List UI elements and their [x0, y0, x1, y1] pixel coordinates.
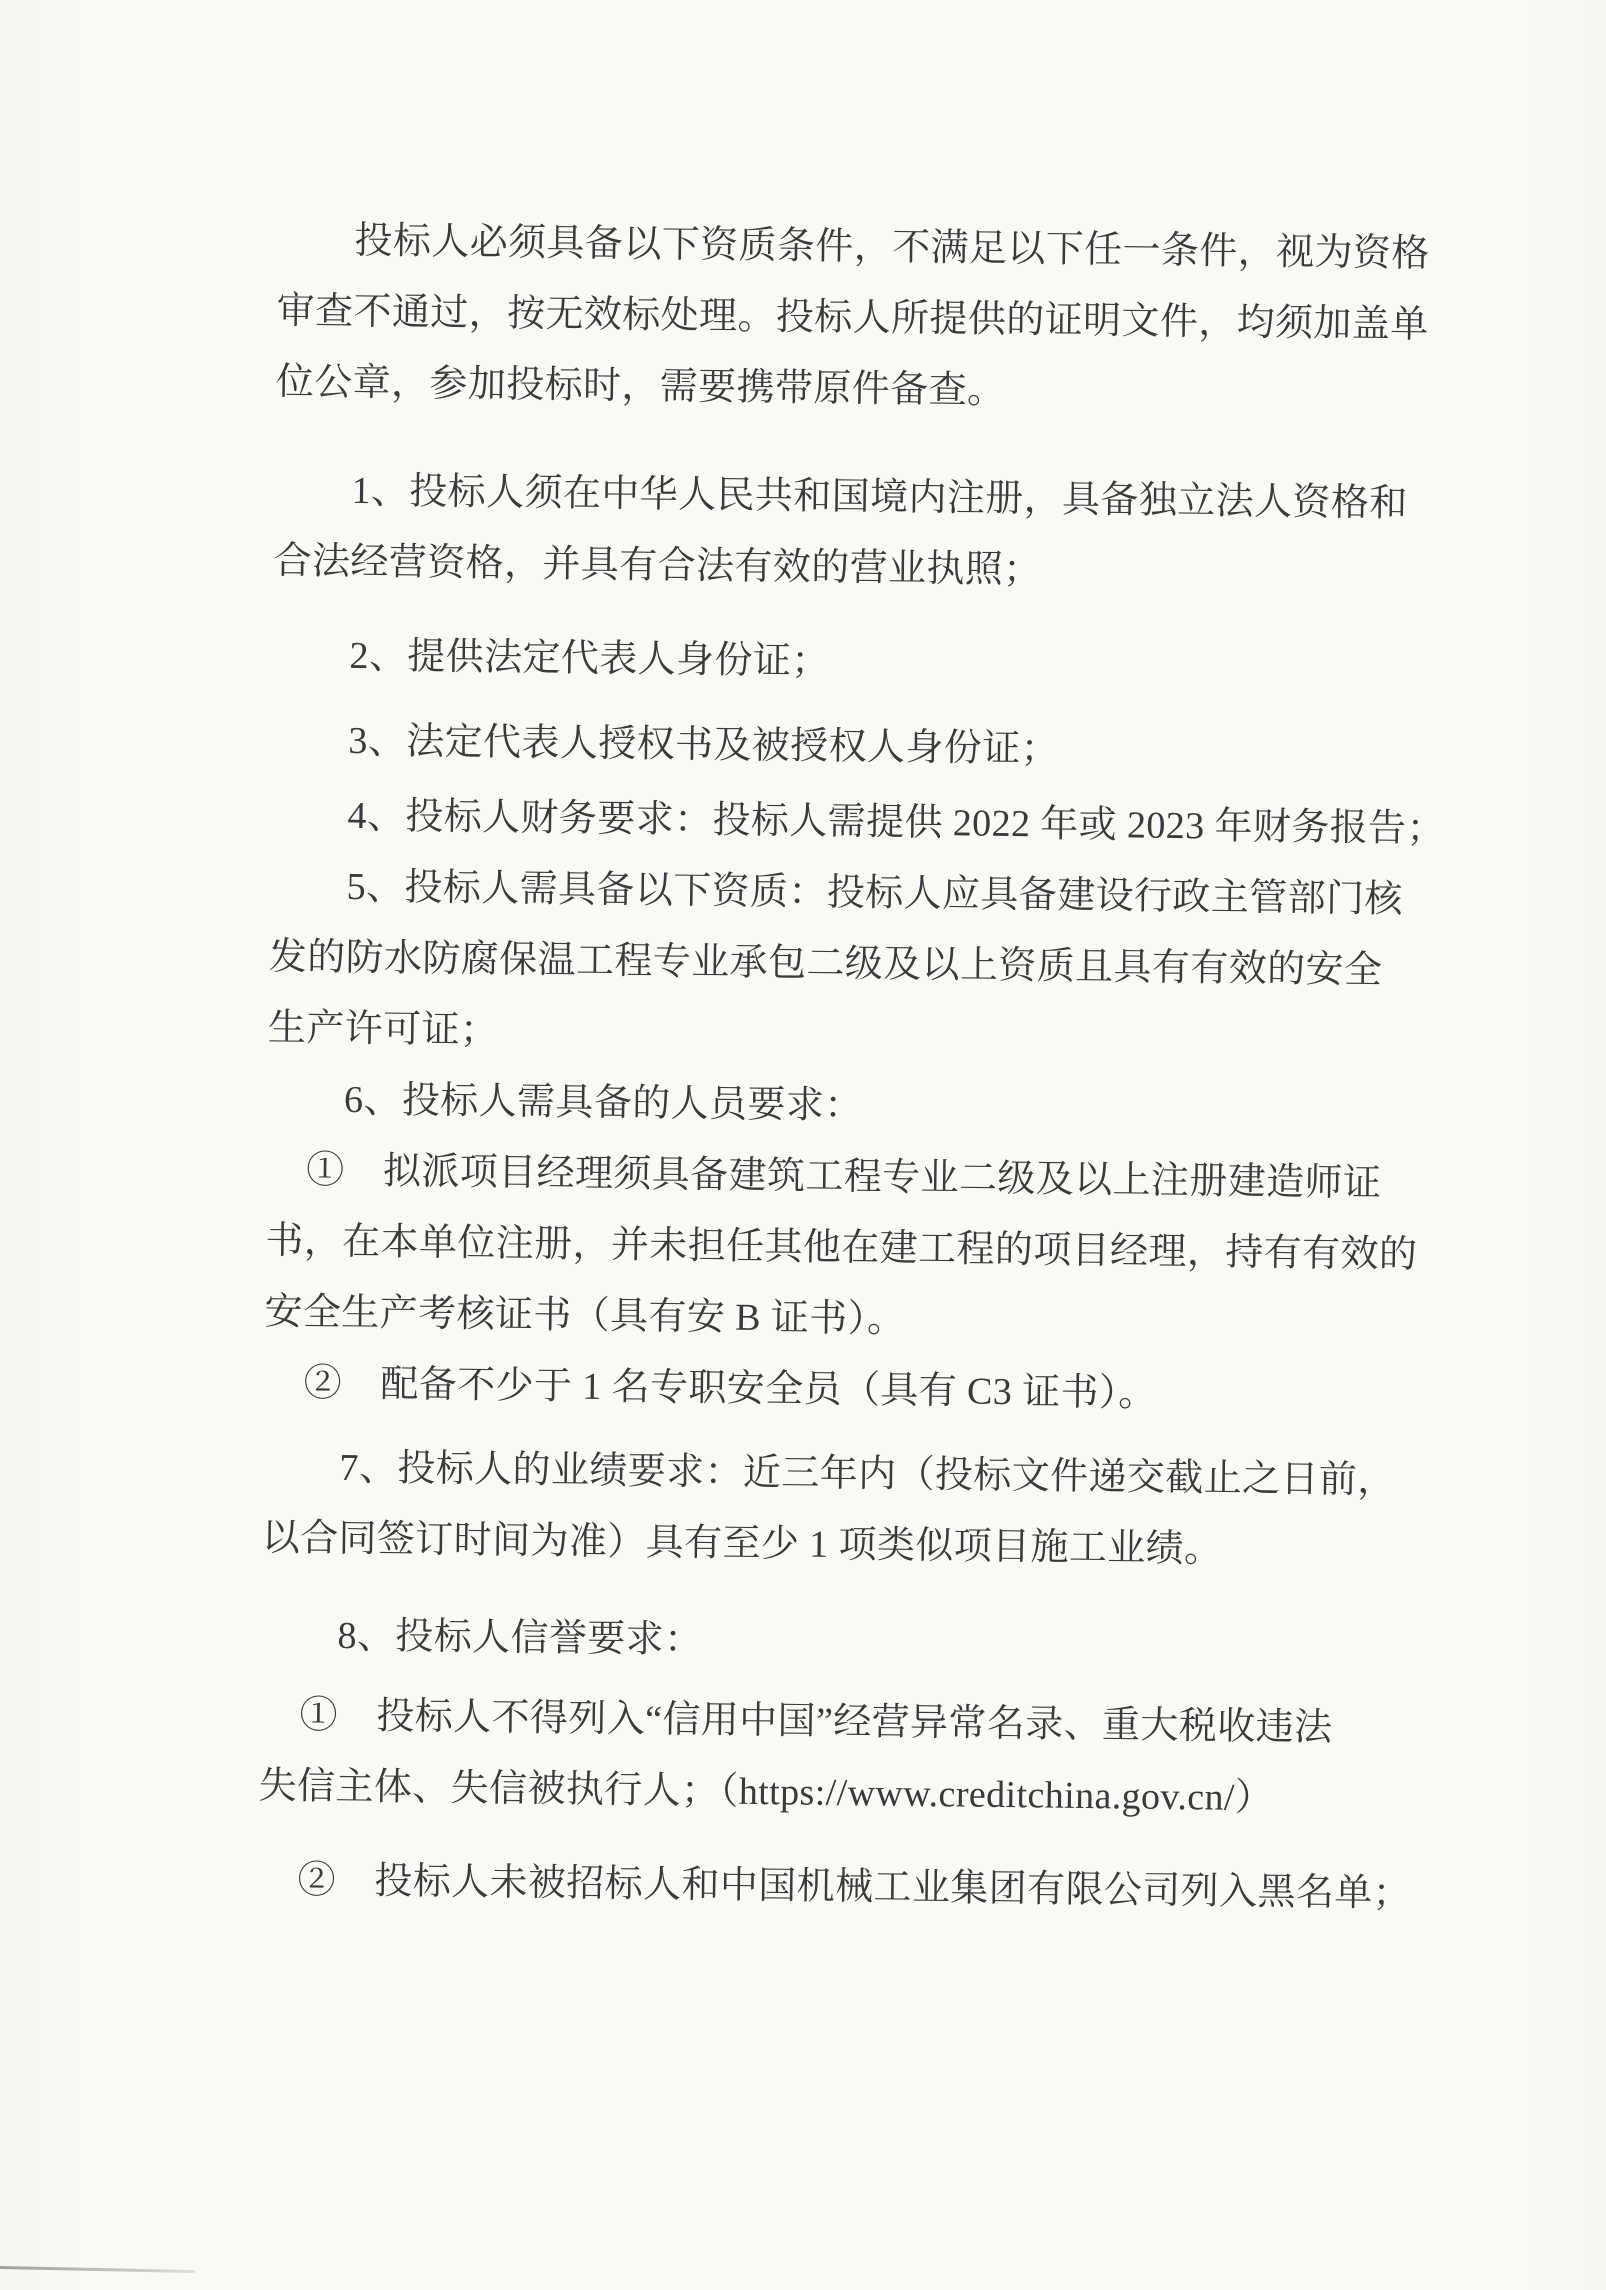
item-8-sub-2-blacklist: ② 投标人未被招标人和中国机械工业集团有限公司列入黑名单；	[257, 1845, 1408, 1930]
item-3-authorization-letter: 3、法定代表人授权书及被授权人身份证；	[271, 705, 1422, 790]
item-6-sub-2-safety-officer: ② 配备不少于 1 名专职安全员（具有 C3 证书）。	[263, 1348, 1414, 1433]
text-line: 以合同签订时间为准）具有至少 1 项类似项目施工业绩。	[261, 1503, 1412, 1588]
text-line: ② 投标人未被招标人和中国机械工业集团有限公司列入黑名单；	[257, 1845, 1408, 1930]
text-line: 2、提供法定代表人身份证；	[272, 620, 1423, 705]
scanned-document-page: 投标人必须具备以下资质条件，不满足以下任一条件，视为资格 审查不通过，按无效标处…	[0, 0, 1606, 2290]
text-line: ② 配备不少于 1 名专职安全员（具有 C3 证书）。	[263, 1348, 1414, 1433]
item-8-reputation-requirement: 8、投标人信誉要求：	[260, 1600, 1411, 1685]
text-line: 8、投标人信誉要求：	[260, 1600, 1411, 1685]
item-6-sub-1-project-manager: ① 拟派项目经理须具备建筑工程专业二级及以上注册建造师证 书，在本单位注册，并未…	[264, 1135, 1417, 1362]
scan-artifact-line	[0, 2266, 195, 2273]
item-1-registration-requirement: 1、投标人须在中华人民共和国境内注册，具备独立法人资格和 合法经营资格，并具有合…	[273, 455, 1425, 611]
text-line: 位公章，参加投标时，需要携带原件备查。	[275, 347, 1426, 432]
intro-paragraph: 投标人必须具备以下资质条件，不满足以下任一条件，视为资格 审查不通过，按无效标处…	[275, 205, 1428, 432]
item-8-sub-1-credit-china: ① 投标人不得列入“信用中国”经营异常名录、重大税收违法 失信主体、失信被执行人…	[258, 1680, 1410, 1836]
text-line: 失信主体、失信被执行人；（https://www.creditchina.gov…	[258, 1751, 1409, 1836]
document-body: 投标人必须具备以下资质条件，不满足以下任一条件，视为资格 审查不通过，按无效标处…	[257, 205, 1428, 1930]
item-7-performance-requirement: 7、投标人的业绩要求：近三年内（投标文件递交截止之日前， 以合同签订时间为准）具…	[261, 1432, 1413, 1588]
item-5-qualification-requirement: 5、投标人需具备以下资质：投标人应具备建设行政主管部门核 发的防水防腐保温工程专…	[268, 851, 1421, 1078]
text-line: 合法经营资格，并具有合法有效的营业执照；	[273, 526, 1424, 611]
item-2-legal-representative-id: 2、提供法定代表人身份证；	[272, 620, 1423, 705]
text-line: 3、法定代表人授权书及被授权人身份证；	[271, 705, 1422, 790]
